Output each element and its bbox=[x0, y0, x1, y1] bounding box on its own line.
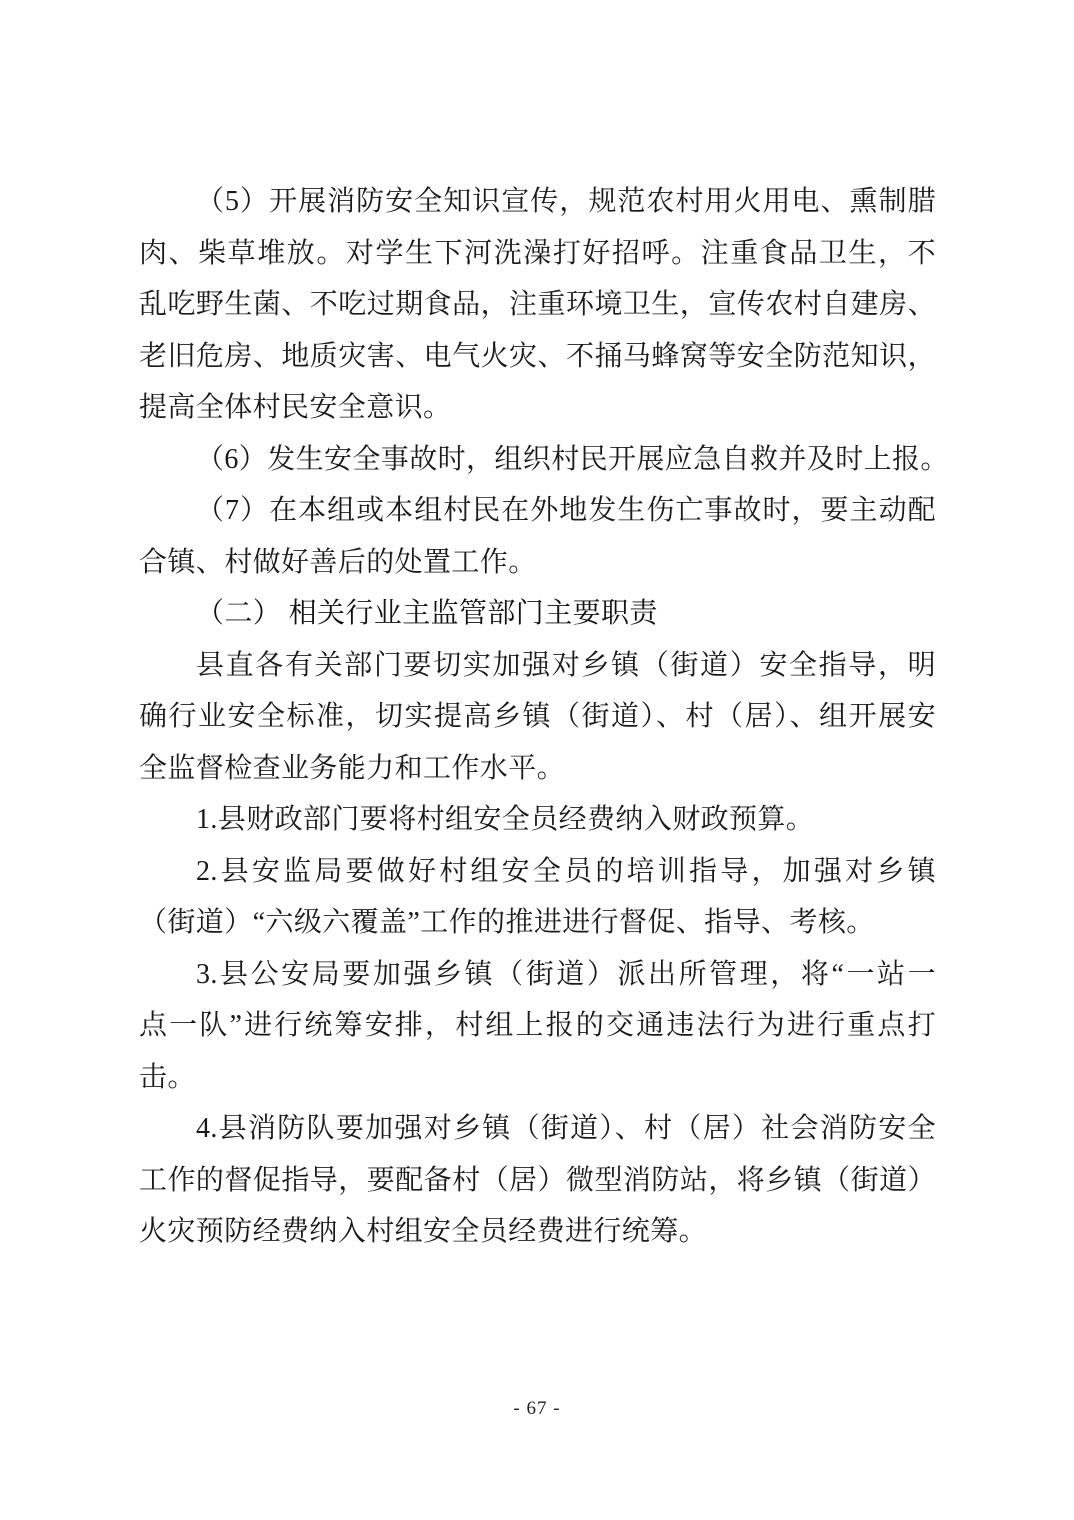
text-line: （二） 相关行业主监管部门主要职责 bbox=[139, 588, 936, 640]
text-line: 1.县财政部门要将村组安全员经费纳入财政预算。 bbox=[139, 794, 936, 846]
paragraph: 县直各有关部门要切实加强对乡镇（街道）安全指导，明确行业安全标准，切实提高乡镇（… bbox=[139, 640, 936, 795]
section-heading: （二） 相关行业主监管部门主要职责 bbox=[139, 588, 936, 640]
text-line: （街道）“六级六覆盖”工作的推进进行督促、指导、考核。 bbox=[139, 897, 936, 949]
paragraph: 3.县公安局要加强乡镇（街道）派出所管理，将“一站一点一队”进行统筹安排，村组上… bbox=[139, 949, 936, 1104]
text-line: 3.县公安局要加强乡镇（街道）派出所管理，将“一站一 bbox=[139, 949, 936, 1001]
text-line: 击。 bbox=[139, 1052, 936, 1104]
page-number: - 67 - bbox=[513, 1398, 560, 1419]
page-footer: - 67 - bbox=[0, 1398, 1074, 1420]
text-line: （7）在本组或本组村民在外地发生伤亡事故时，要主动配 bbox=[139, 485, 936, 537]
text-line: 合镇、村做好善后的处置工作。 bbox=[139, 537, 936, 589]
text-line: 乱吃野生菌、不吃过期食品，注重环境卫生，宣传农村自建房、 bbox=[139, 279, 936, 331]
text-line: 4.县消防队要加强对乡镇（街道）、村（居）社会消防安全 bbox=[139, 1103, 936, 1155]
text-line: （5）开展消防安全知识宣传，规范农村用火用电、熏制腊 bbox=[139, 176, 936, 228]
paragraph: 4.县消防队要加强对乡镇（街道）、村（居）社会消防安全工作的督促指导，要配备村（… bbox=[139, 1103, 936, 1258]
paragraph: （5）开展消防安全知识宣传，规范农村用火用电、熏制腊肉、柴草堆放。对学生下河洗澡… bbox=[139, 176, 936, 434]
text-line: 全监督检查业务能力和工作水平。 bbox=[139, 743, 936, 795]
text-line: 点一队”进行统筹安排，村组上报的交通违法行为进行重点打 bbox=[139, 1000, 936, 1052]
text-line: 老旧危房、地质灾害、电气火灾、不捅马蜂窝等安全防范知识， bbox=[139, 331, 936, 383]
text-line: 火灾预防经费纳入村组安全员经费进行统筹。 bbox=[139, 1206, 936, 1258]
text-line: 肉、柴草堆放。对学生下河洗澡打好招呼。注重食品卫生，不 bbox=[139, 228, 936, 280]
paragraph: （7）在本组或本组村民在外地发生伤亡事故时，要主动配合镇、村做好善后的处置工作。 bbox=[139, 485, 936, 588]
text-line: 确行业安全标准，切实提高乡镇（街道）、村（居）、组开展安 bbox=[139, 691, 936, 743]
text-line: 工作的督促指导，要配备村（居）微型消防站，将乡镇（街道） bbox=[139, 1155, 936, 1207]
text-line: 县直各有关部门要切实加强对乡镇（街道）安全指导，明 bbox=[139, 640, 936, 692]
paragraph: 1.县财政部门要将村组安全员经费纳入财政预算。 bbox=[139, 794, 936, 846]
text-line: 2.县安监局要做好村组安全员的培训指导，加强对乡镇 bbox=[139, 846, 936, 898]
text-line: （6）发生安全事故时，组织村民开展应急自救并及时上报。 bbox=[139, 434, 936, 486]
document-body: （5）开展消防安全知识宣传，规范农村用火用电、熏制腊肉、柴草堆放。对学生下河洗澡… bbox=[139, 176, 936, 1258]
paragraph: 2.县安监局要做好村组安全员的培训指导，加强对乡镇（街道）“六级六覆盖”工作的推… bbox=[139, 846, 936, 949]
text-line: 提高全体村民安全意识。 bbox=[139, 382, 936, 434]
document-page: （5）开展消防安全知识宣传，规范农村用火用电、熏制腊肉、柴草堆放。对学生下河洗澡… bbox=[0, 0, 1074, 1520]
paragraph: （6）发生安全事故时，组织村民开展应急自救并及时上报。 bbox=[139, 434, 936, 486]
